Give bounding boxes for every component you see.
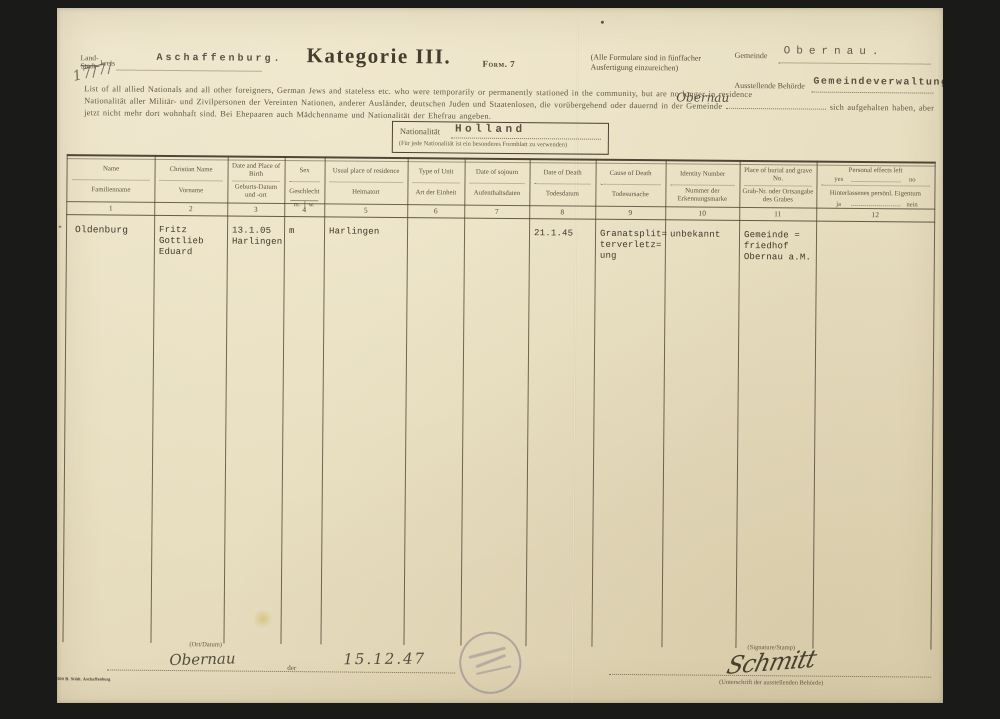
col9-number: 9 bbox=[595, 208, 665, 220]
col7-header-divider bbox=[469, 183, 524, 184]
intro-line2-tail: sich aufgehalten haben, aber bbox=[830, 103, 935, 113]
col7-header-de: Aufenthaltsdaten bbox=[466, 186, 527, 202]
scanned-document: Land- Stadt- kreis Aschaffenburg. 17/7/ … bbox=[0, 0, 1000, 719]
nationality-label: Nationalität bbox=[400, 126, 440, 136]
col5-header-en: Usual place of residence bbox=[327, 161, 406, 181]
nationality-value: Holland bbox=[455, 123, 526, 136]
nationality-box: Nationalität Holland (Für jede Nationali… bbox=[392, 121, 609, 155]
effects-no: no bbox=[900, 176, 925, 184]
column-sojourn: Date of sojourn Aufenthaltsdaten 7 bbox=[460, 158, 530, 647]
col6-header-de: Art der Einheit bbox=[409, 185, 462, 200]
nationality-dotted-line bbox=[451, 136, 601, 139]
col8-header-en: Date of Death bbox=[531, 163, 593, 183]
col3-header-en: Date and Place of Birth bbox=[230, 161, 283, 180]
column-identity: Identity Number Nummer der Erkennungsmar… bbox=[661, 159, 740, 648]
cell-sex: m bbox=[284, 218, 324, 237]
form-paper: Land- Stadt- kreis Aschaffenburg. 17/7/ … bbox=[57, 8, 943, 703]
col8-number: 8 bbox=[529, 207, 595, 219]
col6-header-en: Type of Unit bbox=[410, 162, 463, 181]
form-title: Kategorie III. bbox=[306, 43, 451, 69]
nationality-note: (Für jede Nationalität ist ein besondere… bbox=[399, 140, 567, 148]
cell-identity: unbekannt bbox=[665, 221, 739, 241]
col7-header-en: Date of sojourn bbox=[467, 163, 528, 183]
column-birth: Date and Place of Birth Geburts-Datum un… bbox=[223, 155, 285, 643]
col3-header-de: Geburts-Datum und -ort bbox=[229, 184, 282, 200]
intro-dotted-leader bbox=[726, 108, 825, 110]
effects-yn-leader bbox=[851, 176, 900, 182]
col9-header-en: Cause of Death bbox=[597, 164, 663, 184]
form-content: Land- Stadt- kreis Aschaffenburg. 17/7/ … bbox=[57, 8, 943, 703]
effects-jn-leader bbox=[851, 201, 900, 207]
signature-caption: (Unterschrift der ausstellenden Behörde) bbox=[719, 679, 823, 687]
col2-header-en: Christian Name bbox=[157, 160, 226, 180]
cell-unit bbox=[407, 219, 464, 227]
effects-ja-nein: ja nein bbox=[826, 200, 924, 208]
cell-christian-name: Fritz Gottlieb Eduard bbox=[154, 217, 227, 259]
col5-number: 5 bbox=[324, 205, 407, 217]
authority-dotted-line bbox=[811, 91, 933, 94]
column-death-date: Date of Death Todesdatum 8 21.1.45 bbox=[525, 158, 596, 647]
gemeinde-label: Gemeinde bbox=[735, 51, 768, 60]
col9-header-de: Todesursache bbox=[597, 187, 663, 203]
der-label: der bbox=[287, 664, 296, 672]
effects-yes-no: yes no bbox=[826, 176, 924, 184]
col2-header-divider bbox=[159, 180, 222, 182]
col11-header-en: Place of burial and grave No. bbox=[741, 165, 814, 185]
gemeinde-value: Obernau. bbox=[784, 45, 885, 58]
col7-number: 7 bbox=[464, 207, 529, 219]
column-sex: Sex Geschlecht m. w. 4 m bbox=[280, 156, 325, 644]
col2-header-de: Vorname bbox=[156, 183, 225, 199]
col1-header-en: Name bbox=[70, 159, 153, 179]
col8-header-de: Todesdatum bbox=[531, 186, 593, 202]
col10-number: 10 bbox=[665, 208, 739, 220]
cell-birth: 13.1.05 Harlingen bbox=[227, 217, 284, 247]
col11-number: 11 bbox=[739, 209, 816, 221]
col4-number: 4 bbox=[284, 205, 324, 216]
register-table: Name Familienname 1 Oldenburg Christian … bbox=[62, 154, 934, 650]
col4-header-divider bbox=[289, 181, 319, 182]
col3-number: 3 bbox=[227, 204, 284, 215]
cell-effects bbox=[816, 223, 934, 232]
ink-speck bbox=[601, 21, 604, 24]
column-death-cause: Cause of Death Todesursache 9 Granatspli… bbox=[591, 159, 666, 648]
col8-header-divider bbox=[534, 183, 590, 184]
col1-number: 1 bbox=[67, 203, 154, 215]
handwritten-mark: 17/7/ bbox=[71, 60, 115, 85]
col10-header-en: Identity Number bbox=[667, 164, 737, 184]
form-number: Form. 7 bbox=[482, 59, 515, 69]
col11-header-de: Grab-Nr. oder Ortsangabe des Grabes bbox=[741, 188, 814, 204]
col12-header-de: Hinterlassenes persönl. Eigentum bbox=[818, 187, 932, 201]
place-value: Obernau bbox=[169, 649, 236, 669]
place-date-dotted-line bbox=[107, 668, 455, 673]
signature-dotted-line bbox=[609, 673, 931, 678]
col2-number: 2 bbox=[154, 204, 227, 216]
column-unit: Type of Unit Art der Einheit 6 bbox=[403, 157, 465, 645]
cell-death-date: 21.1.45 bbox=[529, 220, 595, 240]
printer-mark: 500 B. Städt. Aschaffenburg bbox=[57, 676, 110, 681]
col4-header-de: Geschlecht bbox=[286, 184, 322, 199]
column-name: Name Familienname 1 Oldenburg bbox=[63, 154, 155, 643]
effects-yes: yes bbox=[826, 176, 851, 184]
col5-header-divider bbox=[329, 181, 402, 183]
place-date-label: (Ort/Datum) bbox=[189, 641, 222, 648]
col6-number: 6 bbox=[407, 206, 464, 217]
row-marginal-mark: * bbox=[58, 224, 63, 232]
gemeinde-inline-value: Obernau bbox=[676, 90, 729, 104]
kreis-dotted-line bbox=[116, 69, 261, 72]
cell-burial: Gemeinde = friedhof Obernau a.M. bbox=[739, 222, 816, 264]
column-effects: Personal effects left yes no Hinterlasse… bbox=[812, 161, 935, 650]
col11-header-divider bbox=[744, 185, 811, 187]
date-value: 15.12.47 bbox=[343, 650, 426, 669]
copies-note-line2: Ausfertigung einzureichen) bbox=[590, 62, 765, 73]
cell-death-cause: Granatsplit= terverletz= ung bbox=[595, 221, 665, 263]
col3-header-divider bbox=[232, 181, 279, 182]
column-burial: Place of burial and grave No. Grab-Nr. o… bbox=[735, 160, 817, 649]
col9-header-divider bbox=[600, 184, 660, 186]
col10-header-divider bbox=[670, 184, 734, 186]
effects-ja: ja bbox=[826, 200, 851, 208]
col1-header-divider bbox=[72, 179, 149, 181]
effects-nein: nein bbox=[900, 201, 925, 209]
col1-header-de: Familienname bbox=[69, 182, 152, 198]
column-residence: Usual place of residence Heimatort 5 Har… bbox=[320, 156, 408, 645]
kreis-value: Aschaffenburg. bbox=[157, 53, 283, 65]
intro-line3-de: jetzt nicht mehr dort wohnhaft sind. Bei… bbox=[84, 108, 491, 121]
cell-sojourn bbox=[464, 220, 529, 229]
col10-header-de: Nummer der Erkennungsmarke bbox=[667, 187, 737, 203]
col6-header-divider bbox=[412, 182, 459, 183]
col4-header-en: Sex bbox=[287, 161, 323, 180]
gemeinde-dotted-line bbox=[779, 61, 931, 64]
col12-header-divider bbox=[821, 184, 929, 186]
cell-residence: Harlingen bbox=[324, 218, 407, 238]
cell-name: Oldenburg bbox=[67, 216, 154, 236]
col12-number: 12 bbox=[816, 210, 934, 222]
authority-value: Gemeindeverwaltung. bbox=[813, 77, 943, 89]
col5-header-de: Heimatort bbox=[326, 184, 405, 200]
column-christian-name: Christian Name Vorname 2 Fritz Gottlieb … bbox=[150, 155, 228, 644]
